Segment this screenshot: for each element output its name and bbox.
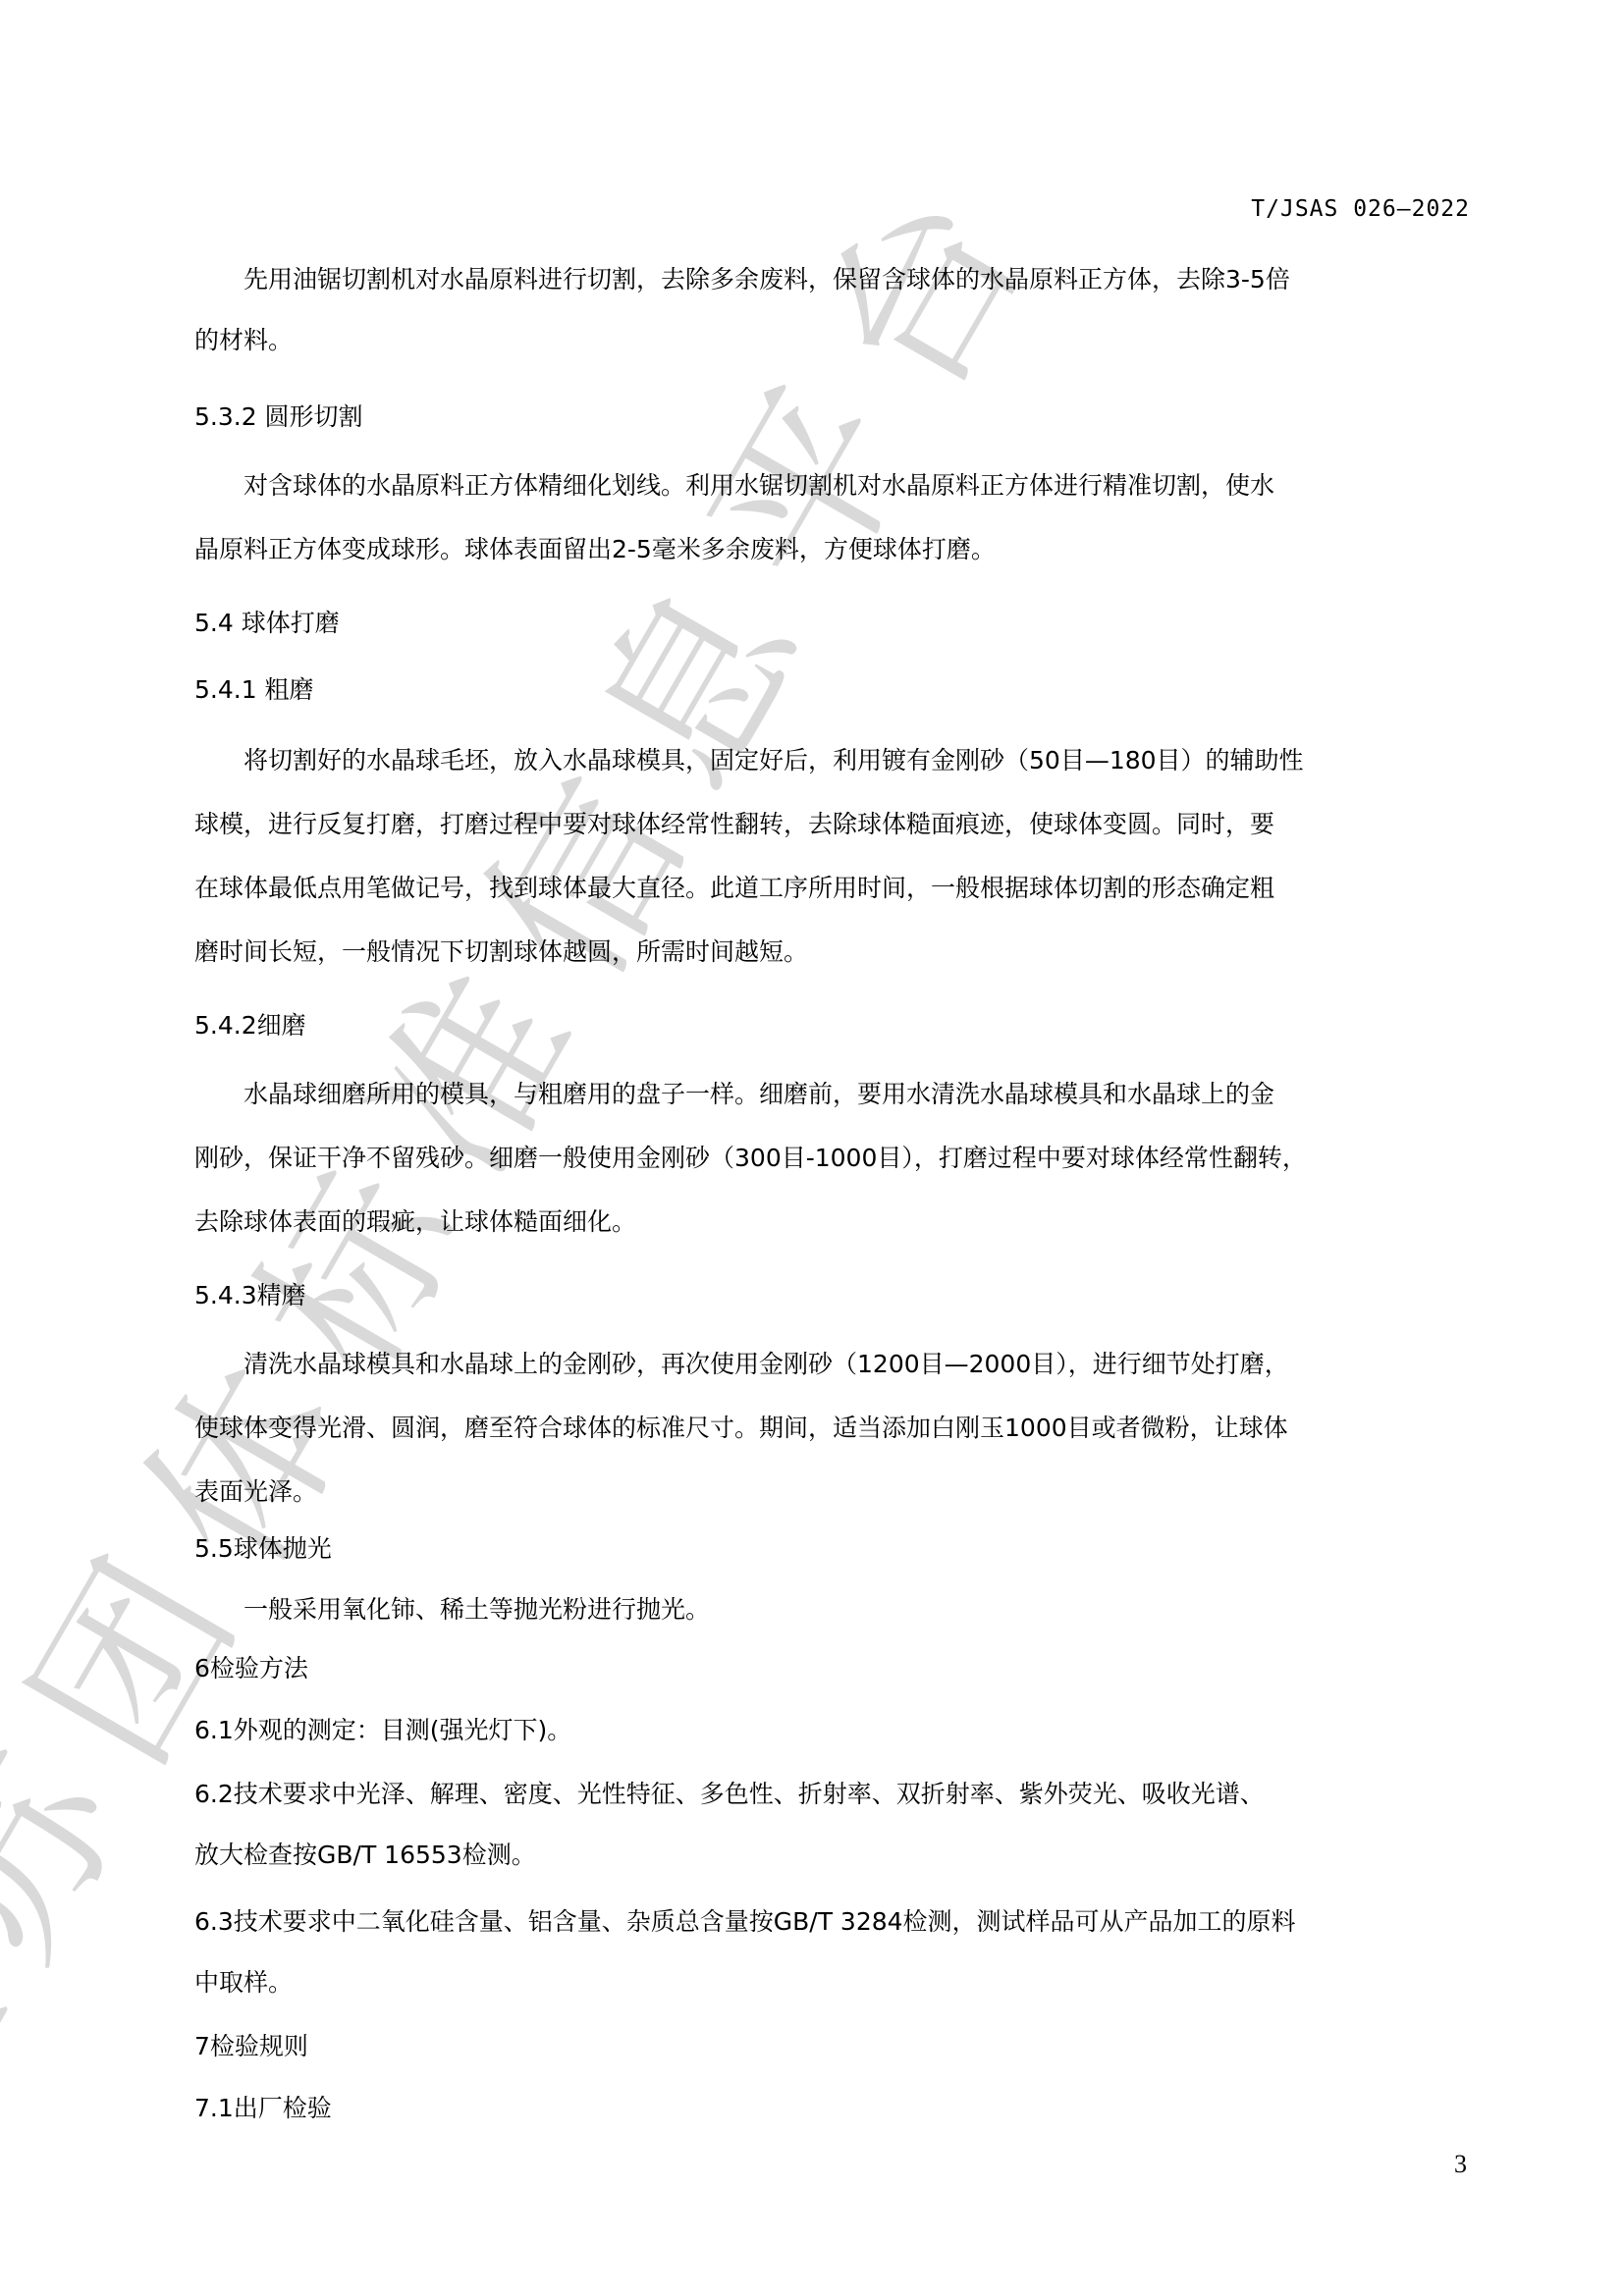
section-heading-5-3-2: 5.3.2 圆形切割 — [194, 402, 363, 432]
section-heading-7-1: 7.1出厂检验 — [194, 2094, 332, 2123]
paragraph-line: 去除球体表面的瑕疵，让球体糙面细化。 — [194, 1207, 636, 1237]
standard-code: T/JSAS 026—2022 — [1251, 196, 1470, 222]
paragraph-line: 清洗水晶球模具和水晶球上的金刚砂，再次使用金刚砂（1200目—2000目），进行… — [244, 1350, 1289, 1379]
section-heading-6-3: 6.3技术要求中二氧化硅含量、铝含量、杂质总含量按GB/T 3284检测，测试样… — [194, 1907, 1296, 1937]
section-heading-6-2: 6.2技术要求中光泽、解理、密度、光性特征、多色性、折射率、双折射率、紫外荧光、… — [194, 1780, 1265, 1809]
paragraph-line: 表面光泽。 — [194, 1477, 317, 1507]
paragraph-line: 放大检查按GB/T 16553检测。 — [194, 1841, 536, 1870]
paragraph-line: 水晶球细磨所用的模具，与粗磨用的盘子一样。细磨前，要用水清洗水晶球模具和水晶球上… — [244, 1080, 1274, 1109]
paragraph-line: 在球体最低点用笔做记号，找到球体最大直径。此道工序所用时间，一般根据球体切割的形… — [194, 874, 1274, 903]
paragraph-line: 中取样。 — [194, 1968, 293, 1998]
section-heading-5-4: 5.4 球体打磨 — [194, 609, 340, 638]
page-number: 3 — [1454, 2150, 1467, 2179]
paragraph-line: 将切割好的水晶球毛坯，放入水晶球模具，固定好后，利用镀有金刚砂（50目—180目… — [244, 746, 1304, 775]
paragraph-line: 晶原料正方体变成球形。球体表面留出2-5毫米多余废料，方便球体打磨。 — [194, 535, 996, 564]
section-heading-7: 7检验规则 — [194, 2032, 308, 2061]
section-heading-5-4-2: 5.4.2细磨 — [194, 1011, 306, 1041]
paragraph-line: 的材料。 — [194, 326, 293, 355]
paragraph-line: 先用油锯切割机对水晶原料进行切割，去除多余废料，保留含球体的水晶原料正方体，去除… — [244, 265, 1290, 294]
paragraph-line: 对含球体的水晶原料正方体精细化划线。利用水锯切割机对水晶原料正方体进行精准切割，… — [244, 471, 1274, 501]
document-page: 江苏团体标准信息平台 T/JSAS 026—2022 先用油锯切割机对水晶原料进… — [0, 0, 1624, 2296]
paragraph-line: 刚砂，保证干净不留残砂。细磨一般使用金刚砂（300目-1000目），打磨过程中要… — [194, 1144, 1307, 1173]
section-heading-6-1: 6.1外观的测定：目测(强光灯下)。 — [194, 1716, 571, 1745]
paragraph-line: 一般采用氧化铈、稀土等抛光粉进行抛光。 — [244, 1595, 710, 1625]
paragraph-line: 使球体变得光滑、圆润，磨至符合球体的标准尺寸。期间，适当添加白刚玉1000目或者… — [194, 1414, 1288, 1443]
section-heading-6: 6检验方法 — [194, 1654, 308, 1683]
paragraph-line: 球模，进行反复打磨，打磨过程中要对球体经常性翻转，去除球体糙面痕迹，使球体变圆。… — [194, 810, 1274, 839]
paragraph-line: 磨时间长短，一般情况下切割球体越圆，所需时间越短。 — [194, 937, 808, 967]
section-heading-5-4-3: 5.4.3精磨 — [194, 1281, 306, 1310]
section-heading-5-5: 5.5球体抛光 — [194, 1534, 332, 1564]
section-heading-5-4-1: 5.4.1 粗磨 — [194, 675, 314, 705]
